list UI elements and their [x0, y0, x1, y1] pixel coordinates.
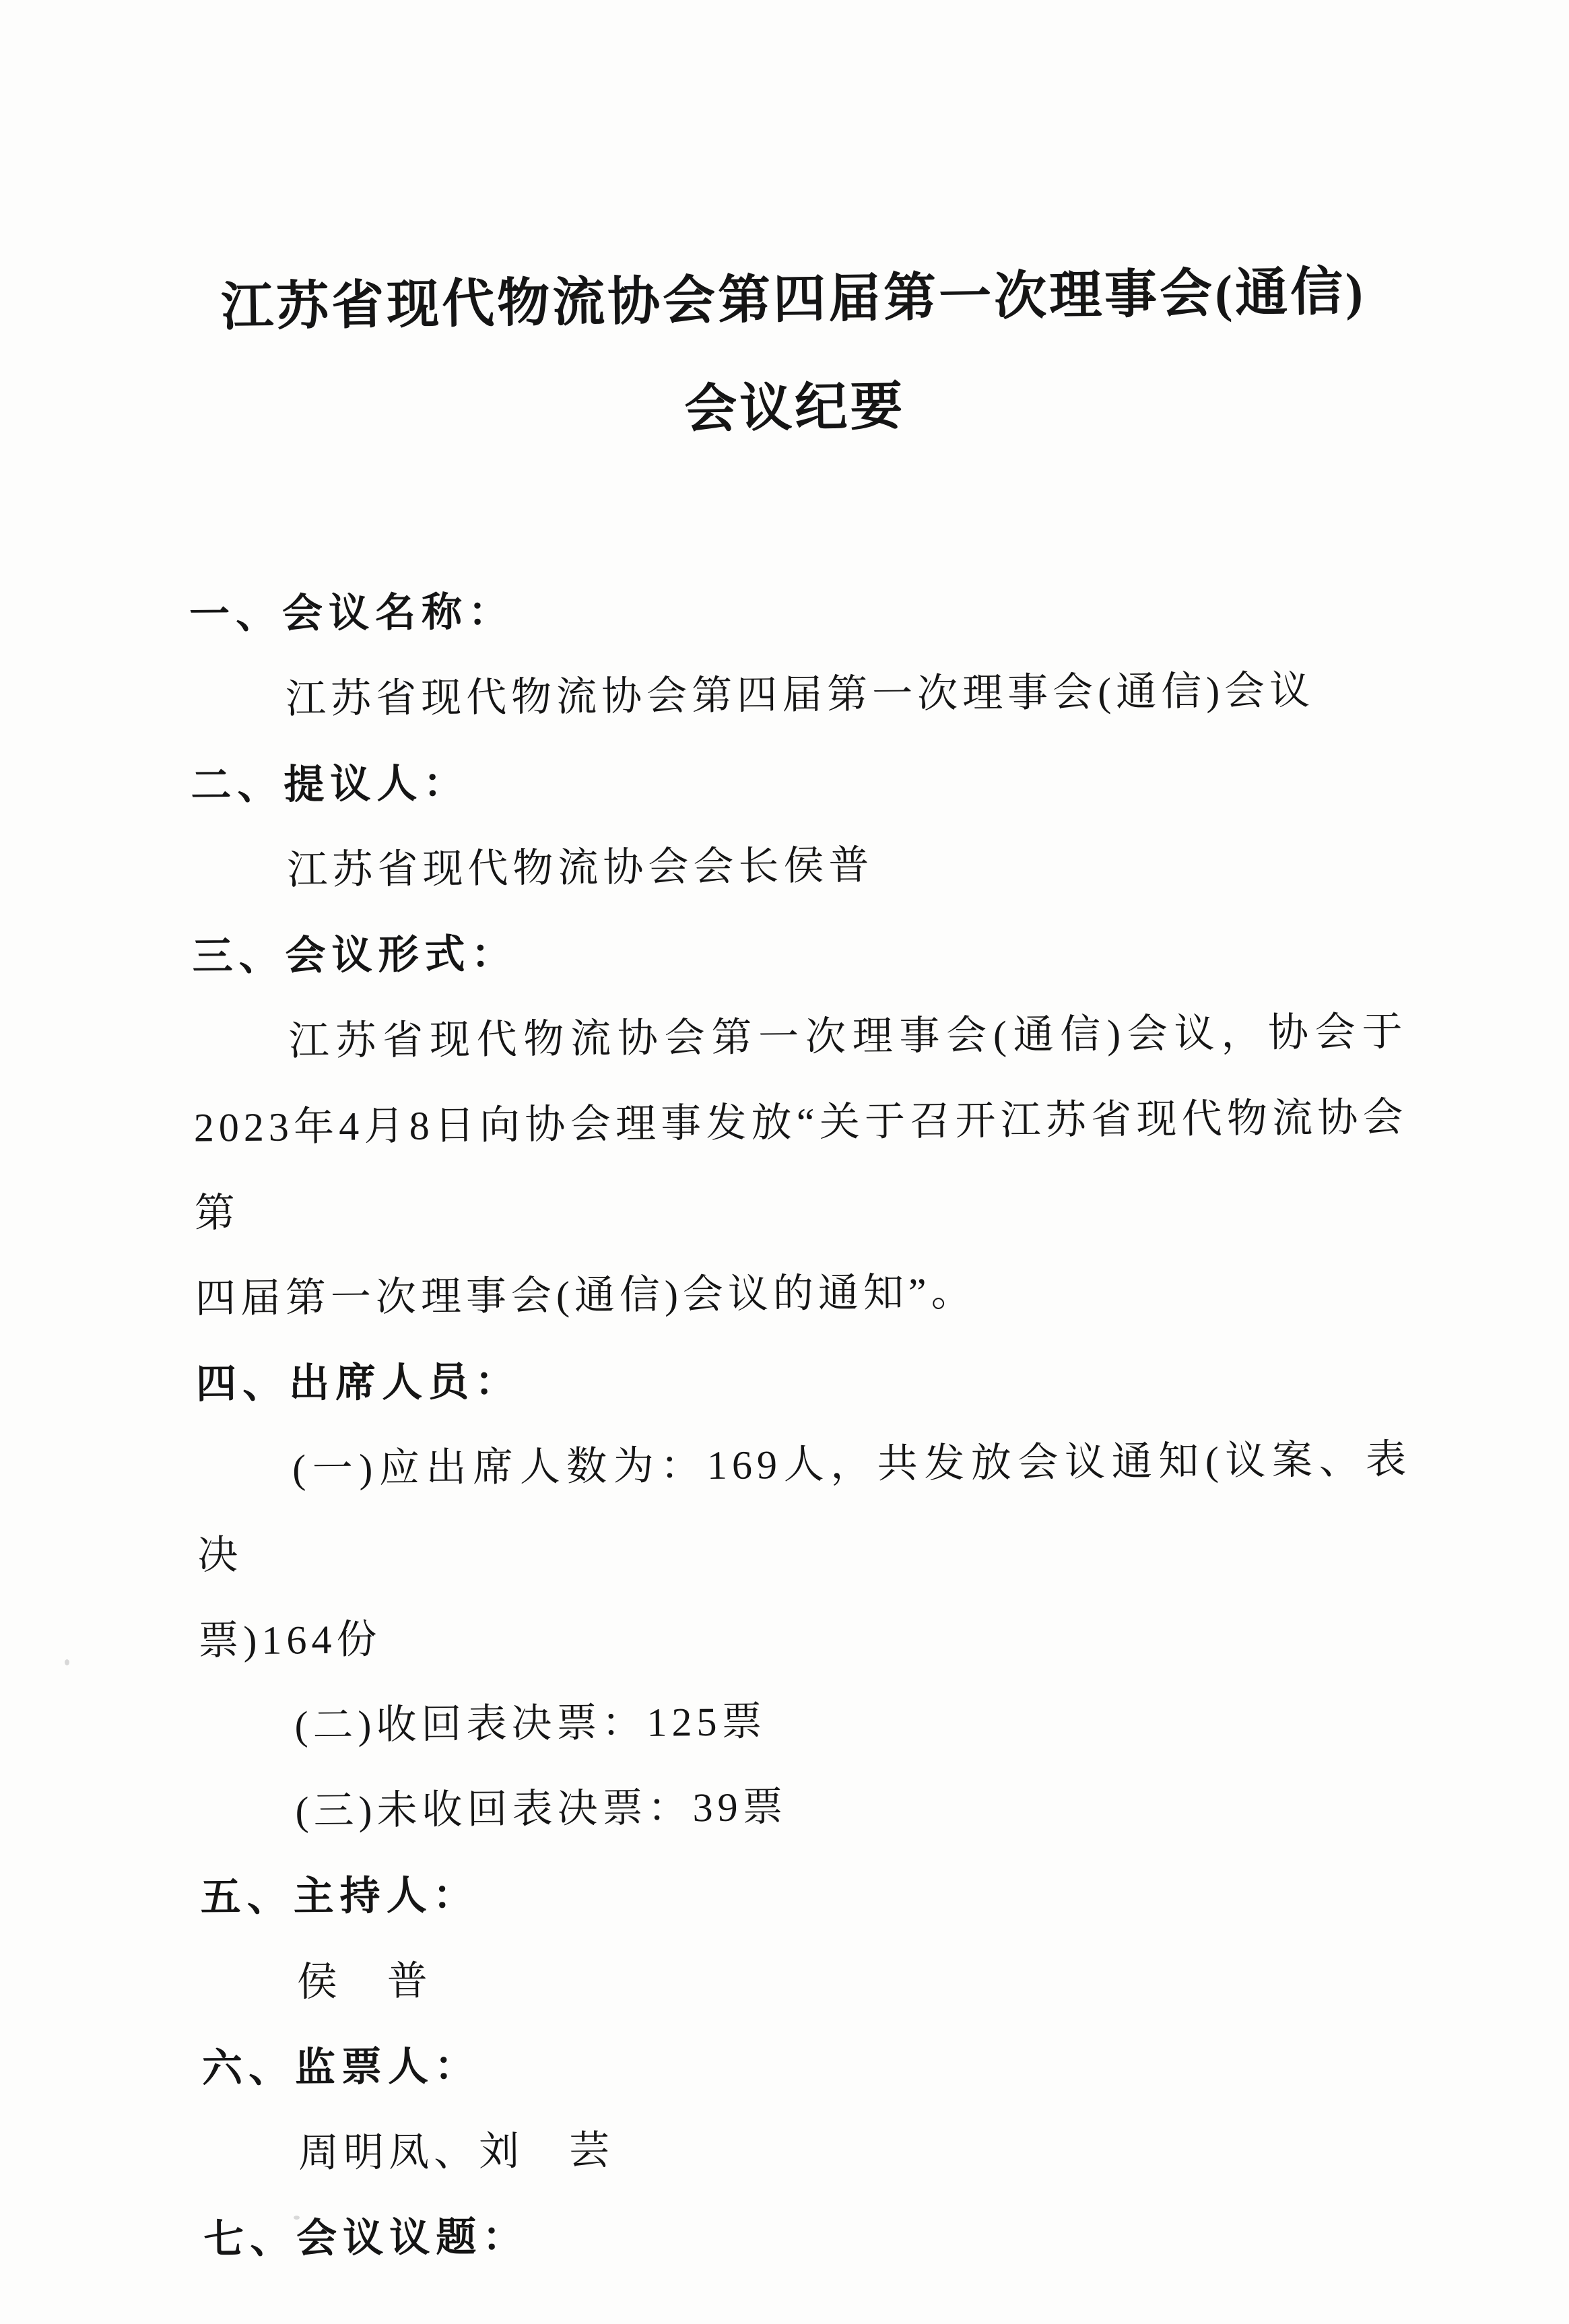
section-heading: 一、会议名称： [189, 562, 1404, 658]
body-line: 2023年4月8日向协会理事发放“关于召开江苏省现代物流协会第 [193, 1075, 1409, 1257]
body-line: (三)未收回表决票：39票 [199, 1759, 1414, 1855]
section-heading: 五、主持人： [200, 1845, 1415, 1941]
section-host: 五、主持人： 侯 普 [200, 1845, 1415, 2026]
section-attendees: 四、出席人员： (一)应出席人数为：169人，共发放会议通知(议案、表决 票)1… [196, 1331, 1415, 1855]
section-meeting-format: 三、会议形式： 江苏省现代物流协会第一次理事会(通信)会议，协会于 2023年4… [192, 904, 1409, 1342]
body-line: (二)收回表决票：125票 [199, 1673, 1413, 1770]
body-line: 侯 普 [201, 1930, 1415, 2026]
document-title: 江苏省现代物流协会第四届第一次理事会(通信) 会议纪要 [186, 236, 1403, 470]
document-page: 江苏省现代物流协会第四届第一次理事会(通信) 会议纪要 一、会议名称： 江苏省现… [0, 0, 1569, 2324]
body-line: 江苏省现代物流协会会长侯普 [191, 818, 1406, 915]
title-line-1: 江苏省现代物流协会第四届第一次理事会(通信) [186, 236, 1401, 362]
section-agenda: 七、会议议题： [203, 2187, 1418, 2283]
body-line: 票)164份 [198, 1588, 1413, 1684]
document-body: 一、会议名称： 江苏省现代物流协会第四届第一次理事会(通信)会议 二、提议人： … [189, 562, 1418, 2283]
section-proposer: 二、提议人： 江苏省现代物流协会会长侯普 [191, 733, 1406, 915]
section-vote-supervisors: 六、监票人： 周明凤、刘 芸 [201, 2016, 1417, 2197]
body-line: 四届第一次理事会(通信)会议的通知”。 [195, 1246, 1409, 1342]
section-heading: 六、监票人： [201, 2016, 1416, 2112]
body-line: 江苏省现代物流协会第四届第一次理事会(通信)会议 [190, 647, 1405, 743]
title-line-2: 会议纪要 [187, 345, 1403, 470]
body-line: (一)应出席人数为：169人，共发放会议通知(议案、表决 [197, 1417, 1412, 1599]
section-heading: 二、提议人： [191, 733, 1405, 829]
section-heading: 四、出席人员： [196, 1331, 1411, 1428]
section-heading: 七、会议议题： [203, 2187, 1418, 2283]
section-meeting-name: 一、会议名称： 江苏省现代物流协会第四届第一次理事会(通信)会议 [189, 562, 1405, 743]
body-line: 周明凤、刘 芸 [203, 2101, 1417, 2197]
section-heading: 三、会议形式： [192, 904, 1407, 1000]
body-line: 江苏省现代物流协会第一次理事会(通信)会议，协会于 [193, 989, 1407, 1086]
document-content: 江苏省现代物流协会第四届第一次理事会(通信) 会议纪要 一、会议名称： 江苏省现… [0, 0, 1569, 2284]
